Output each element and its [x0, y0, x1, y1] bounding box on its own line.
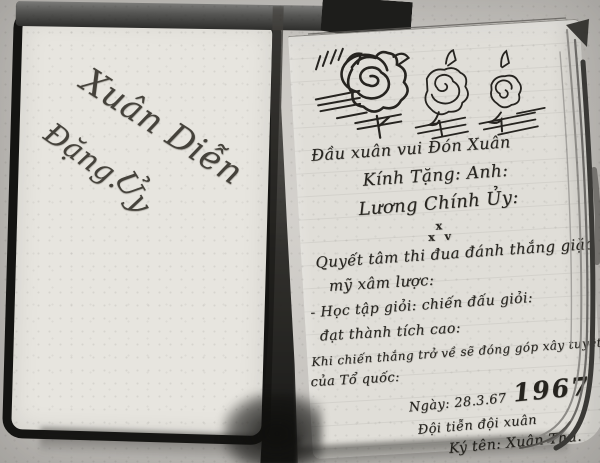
handwritten-line-5: mỹ xâm lược: [328, 273, 434, 294]
handwritten-line-6: - Học tập giỏi: chiến đấu giỏi: [310, 291, 533, 320]
x-v-marks: x v [428, 231, 454, 244]
rose-3 [485, 50, 523, 132]
date-line: Ngày: 28.3.671967 [407, 373, 591, 415]
speed-marks [315, 49, 344, 70]
handwritten-line-9: của Tổ quốc: [310, 371, 400, 389]
gutter-bottom-shadow [222, 392, 322, 463]
left-page: Xuân Diễn Đặng. Ủy [2, 8, 282, 445]
date-year: 1967 [512, 371, 592, 407]
handwritten-line-2: Kính Tặng: Anh: [362, 163, 509, 190]
rose-2 [423, 50, 471, 137]
date-prefix: Ngày: 28.3.67 [408, 391, 507, 415]
photograph-of-notebook: Xuân Diễn Đặng. Ủy [0, 0, 600, 463]
handwritten-line-3: Lương Chính Ủy: [358, 189, 520, 219]
right-page: Đầu xuân vui Đón Xuân Kính Tặng: Anh: Lư… [288, 19, 600, 460]
notebook-top-edge [16, 1, 348, 31]
handwritten-line-7: đạt thành tích cao: [319, 321, 461, 343]
three-roses-drawing [306, 25, 564, 152]
handwritten-line-4: Quyết tâm thi đua đánh thắng giặc [315, 237, 594, 271]
hatch-3 [479, 108, 546, 136]
